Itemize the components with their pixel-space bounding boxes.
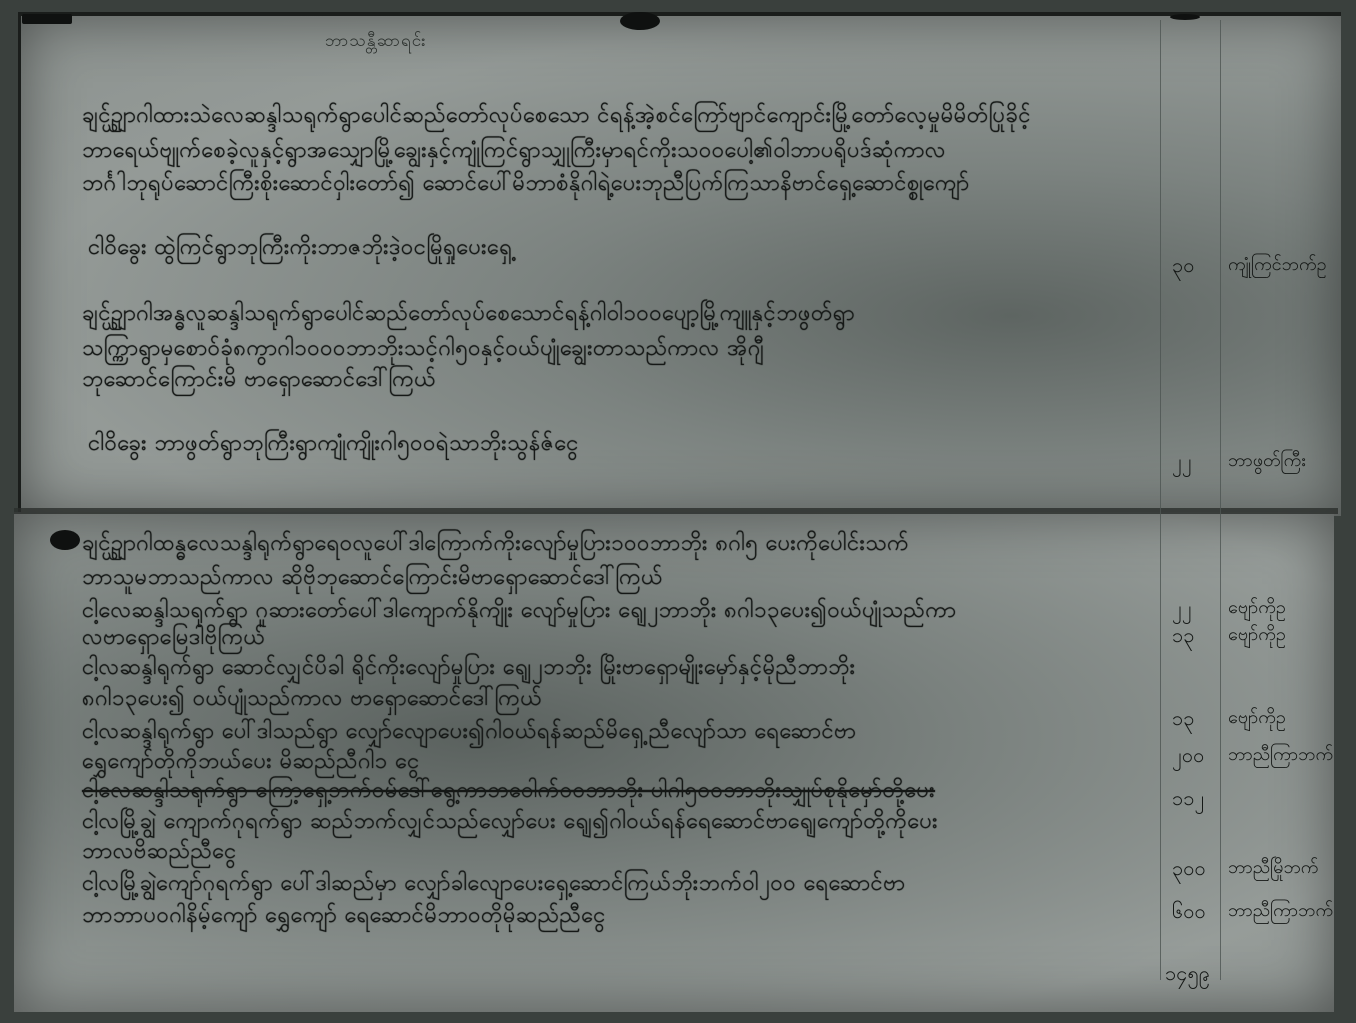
ledger-label: ဘာညီကြာဘက် (1228, 742, 1333, 769)
text-line: ချင်ဥ္ယျာဂါထန္ဓလေသန္ဒါရုက်ရွာရေ၀လူပေါ်ဒါ… (82, 528, 909, 561)
ledger-amount: ၃၀ (1172, 252, 1195, 282)
text-line: ဘင်္ဂါဘုရုပ်ဆောင်ကြီးစိုးဆောင်ဝှါးတော်၍ … (82, 168, 970, 201)
ledger-amount: ၁၃ (1172, 622, 1195, 652)
ink-speck (50, 530, 80, 550)
text-line: ငါ့လမြို့ချွဲ ကျောက်ဂုရက်ရွာ ဆည်ဘက်လျှင်… (82, 806, 938, 839)
text-line: သက္ကြာရွာမှစောဝ်ခုံ၈ကွာဂါ၁၀၀၀ဘာဘိုးသင့်ဂ… (82, 333, 764, 366)
ledger-label: ဘာဖွတ်ကြီး (1228, 448, 1306, 475)
ledger-label: ဗျော်ကိုဥ (1228, 595, 1286, 622)
text-line: ငါ့လဆန္ဒါရုက်ရွာ ပေါ်ဒါသည်ရွာ လျှော်လျော… (82, 716, 856, 749)
text-line: ချင်ဥ္ယျာဂါထားသဲလေဆန္ဒါသရုက်ရွာပေါင်ဆည်တ… (82, 100, 1031, 133)
text-line: ဘာရေယ်ဗျုက်စေခဲ့လူနှင့်ရွာအသျှောမြို့ချွ… (82, 135, 946, 168)
ledger-label: ဘာညီကြာဘက် (1228, 898, 1333, 925)
document-title: ဘာသန္တီဆာရင်း (325, 30, 427, 55)
ink-speck (620, 12, 660, 30)
ledger-amount: ၃၀၀ (1172, 855, 1206, 885)
text-line: ဘုဆောင်ကြောင်းမိ ဗာရှောဆောင်ဒေါ်ကြယ် (82, 364, 436, 397)
text-line: လဗာရှောမြေဒါဗိုကြယ် (82, 622, 265, 655)
ink-speck (1170, 14, 1200, 20)
ledger-amount: ၁၃ (1172, 705, 1195, 735)
section-heading: ငါဝိခွေး ဘာဖွတ်ရွာဘုကြီးရွာကျုံကျိုးဂါ၅၀… (88, 428, 579, 461)
page-number: ၁၄၅၉ (1165, 960, 1210, 990)
ledger-amount: ၁၁၂ (1172, 785, 1204, 815)
text-line: ဘာသူမဘာသည်ကာလ ဆိုဗိုဘုဆောင်ကြောင်းမိဗာရှ… (82, 562, 663, 595)
ledger-label: ကျုံကြင်ဘက်ဥ (1228, 252, 1327, 279)
margin-rule-left (1160, 20, 1161, 980)
ledger-amount: ၂၀၀ (1172, 742, 1204, 772)
ledger-label: ဘာညီမြိုဘက် (1228, 855, 1318, 882)
struck-text-line: ငါ့လေဆန္ဒါသရုက်ရွာ ကြော့ရှေ့ဘက်ဝမ်ဒေါ်ရွ… (82, 775, 935, 808)
text-line: ဘာလဗိဆည်ညီငွေ (82, 836, 237, 869)
section-heading: ငါဝိခွေး ထွဲကြင်ရွာဘုကြီးကိုးဘာဇဘိုးဒဲ့ဝ… (88, 232, 512, 265)
text-line: ဘာဘာပဝဂါနိမ့်ကျော် ရွှေကျော် ရေဆောင်မိဘာ… (82, 900, 606, 933)
ledger-amount: ၆၀၀ (1172, 898, 1206, 928)
text-line: ချင်ဥ္ယျာဂါအန္ဓလူဆန္ဒါသရုက်ရွာပေါင်ဆည်တေ… (82, 298, 855, 331)
text-line: ၈ဂါ၁၃ပေး၍ ဝယ်ပျုံသည်ကာလ ဗာရှောဆောင်ဒေါ်က… (82, 683, 542, 716)
text-line: ငါ့လမြို့ချွဲကျော်ဂုရက်ရွာ ပေါ်ဒါဆည်မှာ … (82, 868, 905, 901)
page-fold-line (14, 508, 1338, 514)
ink-speck (22, 14, 72, 24)
ledger-label: ဗျော်ကိုဥ (1228, 622, 1286, 649)
text-line: ငါ့လဆန္ဒါရုက်ရွာ ဆောင်လျှင်ပိခါ ရိုင်ကို… (82, 652, 855, 685)
ledger-label: ဗျော်ကိုဥ (1228, 705, 1286, 732)
margin-rule-right (1220, 20, 1221, 980)
ledger-amount: ၂၂ (1172, 595, 1192, 625)
ledger-amount: ၂၂ (1172, 448, 1192, 478)
